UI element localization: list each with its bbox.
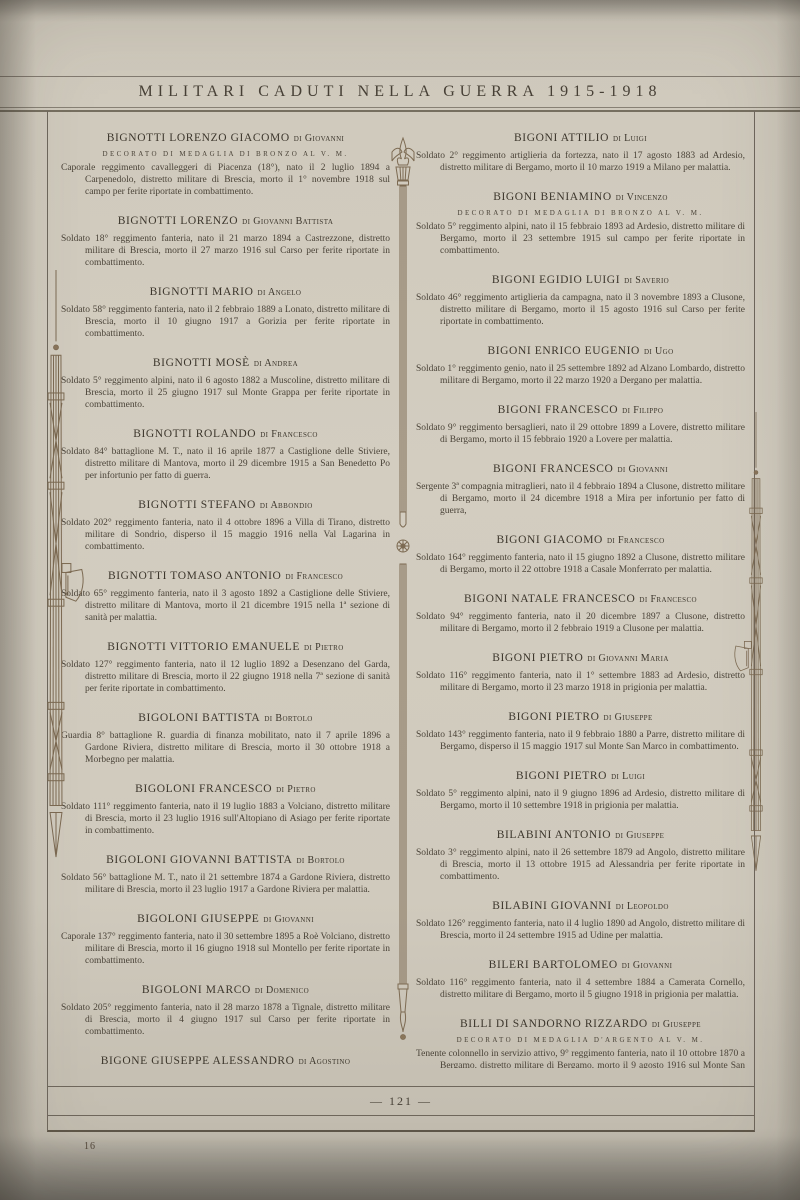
- memorial-entry: BIGONI PIETRO di Giovanni Maria Soldato …: [416, 648, 745, 694]
- entry-name-line: BIGONI NATALE FRANCESCO di Francesco: [416, 589, 745, 607]
- book-page: MILITARI CADUTI NELLA GUERRA 1915-1918 B…: [0, 0, 800, 1200]
- left-column: BIGNOTTI LORENZO GIACOMO di Giovanni DEC…: [61, 128, 390, 1068]
- entry-patronymic: di Abbondio: [260, 500, 313, 511]
- entry-name-line: BIGONI PIETRO di Giovanni Maria: [416, 648, 745, 666]
- entry-name-line: BIGNOTTI STEFANO di Abbondio: [61, 495, 390, 513]
- memorial-entry: BIGONI FRANCESCO di Giovanni Sergente 3ª…: [416, 459, 745, 517]
- entry-name-line: BIGONI PIETRO di Giuseppe: [416, 707, 745, 725]
- memorial-entry: BIGOLONI GIOVANNI BATTISTA di Bortolo So…: [61, 850, 390, 896]
- header-rule-top: [0, 76, 800, 77]
- entry-name-line: BIGONI BENIAMINO di Vincenzo: [416, 187, 745, 205]
- entry-patronymic: di Giovanni: [617, 464, 668, 475]
- entry-text: Soldato 84° battaglione M. T., nato il 1…: [61, 446, 390, 482]
- memorial-entry: BIGONI PIETRO di Luigi Soldato 5° reggim…: [416, 766, 745, 812]
- entry-patronymic: di Filippo: [622, 405, 663, 416]
- entry-text: Soldato 126° reggimento fanteria, nato i…: [416, 918, 745, 942]
- entry-name: BIGOLONI MARCO: [142, 984, 251, 996]
- entry-name-line: BIGNOTTI MARIO di Angelo: [61, 282, 390, 300]
- entry-text: Soldato 5° reggimento alpini, nato il 6 …: [61, 375, 390, 411]
- entry-name-line: BIGONI ATTILIO di Luigi: [416, 128, 745, 146]
- memorial-entry: BIGONI FRANCESCO di Filippo Soldato 9° r…: [416, 400, 745, 446]
- entry-name-line: BIGOLONI GIUSEPPE di Giovanni: [61, 909, 390, 927]
- entry-name: BIGNOTTI LORENZO: [118, 215, 238, 227]
- memorial-entry: BIGNOTTI LORENZO di Giovanni Battista So…: [61, 211, 390, 269]
- entry-text: Caporale 137° reggimento fanteria, nato …: [61, 931, 390, 967]
- signature-mark: 16: [84, 1141, 96, 1152]
- page-title: MILITARI CADUTI NELLA GUERRA 1915-1918: [0, 83, 800, 101]
- entry-patronymic: di Angelo: [258, 287, 302, 298]
- entry-name-line: BIGONI GIACOMO di Francesco: [416, 530, 745, 548]
- entry-text: Soldato 18° reggimento fanteria, nato il…: [61, 233, 390, 269]
- memorial-entry: BIGNOTTI LORENZO GIACOMO di Giovanni DEC…: [61, 128, 390, 198]
- entry-patronymic: di Andrea: [254, 358, 298, 369]
- entry-text: Soldato 202° reggimento fanteria, nato i…: [61, 517, 390, 553]
- memorial-entry: BIGONI ENRICO EUGENIO di Ugo Soldato 1° …: [416, 341, 745, 387]
- memorial-entry: BIGNOTTI STEFANO di Abbondio Soldato 202…: [61, 495, 390, 553]
- entry-text: Soldato 56° battaglione M. T., nato il 2…: [61, 872, 390, 896]
- entry-text: Soldato 143° reggimento fanteria, nato i…: [416, 729, 745, 753]
- memorial-entry: BIGNOTTI TOMASO ANTONIO di Francesco Sol…: [61, 566, 390, 624]
- entry-name-line: BILERI BARTOLOMEO di Giovanni: [416, 955, 745, 973]
- entry-patronymic: di Bortolo: [264, 713, 312, 724]
- entry-name-line: BIGNOTTI ROLANDO di Francesco: [61, 424, 390, 442]
- entry-text: Soldato 9° reggimento bersaglieri, nato …: [416, 422, 745, 446]
- entry-patronymic: di Francesco: [285, 571, 343, 582]
- entry-text: Soldato 65° reggimento fanteria, nato il…: [61, 588, 390, 624]
- entry-patronymic: di Ugo: [644, 346, 674, 357]
- entry-name-line: BIGONI ENRICO EUGENIO di Ugo: [416, 341, 745, 359]
- entry-text: Soldato 5° reggimento alpini, nato il 15…: [416, 221, 745, 257]
- entry-text: Caporale reggimento cavalleggeri di Piac…: [61, 162, 390, 198]
- memorial-entry: BILABINI ANTONIO di Giuseppe Soldato 3° …: [416, 825, 745, 883]
- entry-patronymic: di Saverio: [624, 275, 669, 286]
- entry-name: BIGONI FRANCESCO: [498, 404, 618, 416]
- entry-patronymic: di Giuseppe: [604, 712, 653, 723]
- entry-text: Soldato 116° reggimento fanteria, nato i…: [416, 670, 745, 694]
- entry-name: BIGONI EGIDIO LUIGI: [492, 274, 620, 286]
- entry-name-line: BIGONI PIETRO di Luigi: [416, 766, 745, 784]
- entry-text: Soldato 3° reggimento alpini, nato il 26…: [416, 847, 745, 883]
- entry-name: BIGNOTTI STEFANO: [138, 499, 256, 511]
- entry-name: BIGNOTTI MARIO: [150, 286, 254, 298]
- entry-name: BILABINI ANTONIO: [497, 829, 611, 841]
- entry-text: Soldato 94° reggimento fanteria, nato il…: [416, 611, 745, 635]
- memorial-entry: BIGOLONI MARCO di Domenico Soldato 205° …: [61, 980, 390, 1038]
- entry-text: Soldato 5° reggimento alpini, nato il 9 …: [416, 788, 745, 812]
- entry-columns: BIGNOTTI LORENZO GIACOMO di Giovanni DEC…: [61, 128, 745, 1068]
- entry-name: BIGNOTTI TOMASO ANTONIO: [108, 570, 282, 582]
- entry-name: BIGNOTTI ROLANDO: [133, 428, 256, 440]
- memorial-entry: BIGONI BENIAMINO di Vincenzo DECORATO DI…: [416, 187, 745, 257]
- memorial-entry: BILABINI GIOVANNI di Leopoldo Soldato 12…: [416, 896, 745, 942]
- memorial-entry: BILLI DI SANDORNO RIZZARDO di Giuseppe D…: [416, 1014, 745, 1068]
- entry-name: BIGONI BENIAMINO: [493, 191, 612, 203]
- entry-patronymic: di Giuseppe: [615, 830, 664, 841]
- entry-name-line: BIGOLONI MARCO di Domenico: [61, 980, 390, 998]
- entry-text: Soldato 46° reggimento artiglieria da ca…: [416, 292, 745, 328]
- memorial-entry: BIGNOTTI ROLANDO di Francesco Soldato 84…: [61, 424, 390, 482]
- entry-patronymic: di Francesco: [639, 594, 697, 605]
- memorial-entry: BIGNOTTI VITTORIO EMANUELE di Pietro Sol…: [61, 637, 390, 695]
- entry-text: Guardia 8° battaglione R. guardia di fin…: [61, 730, 390, 766]
- column-divider: [390, 128, 416, 1068]
- entry-patronymic: di Giuseppe: [652, 1019, 701, 1030]
- memorial-entry: BIGOLONI BATTISTA di Bortolo Guardia 8° …: [61, 708, 390, 766]
- entry-name: BILERI BARTOLOMEO: [489, 959, 618, 971]
- entry-decoration: DECORATO DI MEDAGLIA D'ARGENTO AL V. M.: [416, 1036, 745, 1044]
- torch-column-icon: [390, 132, 416, 1068]
- entry-name: BIGONE GIUSEPPE ALESSANDRO: [101, 1055, 295, 1067]
- header-rule-bottom-thin: [0, 107, 800, 108]
- memorial-entry: BIGNOTTI MARIO di Angelo Soldato 58° reg…: [61, 282, 390, 340]
- entry-name-line: BILABINI GIOVANNI di Leopoldo: [416, 896, 745, 914]
- memorial-entry: BIGONE GIUSEPPE ALESSANDRO di Agostino S…: [61, 1051, 390, 1068]
- entry-text: Sergente 3ª compagnia mitraglieri, nato …: [416, 481, 745, 517]
- entry-name: BIGOLONI BATTISTA: [138, 712, 260, 724]
- entry-name-line: BILABINI ANTONIO di Giuseppe: [416, 825, 745, 843]
- entry-text: Soldato 58° reggimento fanteria, nato il…: [61, 304, 390, 340]
- page-number-band: — 121 —: [48, 1086, 754, 1116]
- entry-patronymic: di Luigi: [613, 133, 647, 144]
- entry-text: Soldato 164° reggimento fanteria, nato i…: [416, 552, 745, 576]
- memorial-entry: BIGNOTTI MOSÈ di Andrea Soldato 5° reggi…: [61, 353, 390, 411]
- entry-text: Soldato 2° reggimento artiglieria da for…: [416, 150, 745, 174]
- entry-name-line: BIGNOTTI VITTORIO EMANUELE di Pietro: [61, 637, 390, 655]
- entry-name: BIGONI PIETRO: [492, 652, 583, 664]
- entry-name: BIGONI NATALE FRANCESCO: [464, 593, 635, 605]
- entry-name-line: BIGOLONI FRANCESCO di Pietro: [61, 779, 390, 797]
- entry-name: BIGOLONI FRANCESCO: [135, 783, 272, 795]
- entry-name: BIGONI PIETRO: [516, 770, 607, 782]
- entry-patronymic: di Vincenzo: [616, 192, 668, 203]
- entry-patronymic: di Francesco: [260, 429, 318, 440]
- memorial-entry: BIGOLONI GIUSEPPE di Giovanni Caporale 1…: [61, 909, 390, 967]
- memorial-entry: BIGONI PIETRO di Giuseppe Soldato 143° r…: [416, 707, 745, 753]
- entry-name-line: BIGONI FRANCESCO di Filippo: [416, 400, 745, 418]
- entry-patronymic: di Luigi: [611, 771, 645, 782]
- memorial-entry: BIGONI NATALE FRANCESCO di Francesco Sol…: [416, 589, 745, 635]
- entry-patronymic: di Giovanni Maria: [587, 653, 668, 664]
- entry-name-line: BIGONI EGIDIO LUIGI di Saverio: [416, 270, 745, 288]
- entry-text: Soldato 127° reggimento fanteria, nato i…: [61, 659, 390, 695]
- memorial-entry: BILERI BARTOLOMEO di Giovanni Soldato 11…: [416, 955, 745, 1001]
- entry-text: Tenente colonnello in servizio attivo, 9…: [416, 1048, 745, 1068]
- entry-name-line: BIGNOTTI LORENZO di Giovanni Battista: [61, 211, 390, 229]
- right-column: BIGONI ATTILIO di Luigi Soldato 2° reggi…: [416, 128, 745, 1068]
- entry-name: BIGONI FRANCESCO: [493, 463, 613, 475]
- entry-patronymic: di Leopoldo: [616, 901, 669, 912]
- entry-name: BIGONI ATTILIO: [514, 132, 609, 144]
- entry-patronymic: di Giovanni Battista: [242, 216, 333, 227]
- entry-name: BILLI DI SANDORNO RIZZARDO: [460, 1018, 648, 1030]
- entry-name: BIGOLONI GIUSEPPE: [137, 913, 259, 925]
- entry-patronymic: di Pietro: [304, 642, 344, 653]
- entry-text: Soldato 1° reggimento genio, nato il 25 …: [416, 363, 745, 387]
- entry-name-line: BIGNOTTI MOSÈ di Andrea: [61, 353, 390, 371]
- page-number: — 121 —: [370, 1094, 432, 1109]
- entry-name: BIGONI PIETRO: [508, 711, 599, 723]
- entry-name-line: BILLI DI SANDORNO RIZZARDO di Giuseppe: [416, 1014, 745, 1032]
- entry-patronymic: di Agostino: [299, 1056, 351, 1067]
- entry-name: BIGNOTTI LORENZO GIACOMO: [107, 132, 290, 144]
- entry-patronymic: di Giovanni: [622, 960, 673, 971]
- entry-text: Soldato 116° reggimento fanteria, nato i…: [416, 977, 745, 1001]
- entry-name: BILABINI GIOVANNI: [492, 900, 612, 912]
- memorial-entry: BIGOLONI FRANCESCO di Pietro Soldato 111…: [61, 779, 390, 837]
- entry-patronymic: di Bortolo: [296, 855, 344, 866]
- entry-decoration: DECORATO DI MEDAGLIA DI BRONZO AL V. M.: [61, 150, 390, 158]
- entry-name-line: BIGNOTTI LORENZO GIACOMO di Giovanni: [61, 128, 390, 146]
- entry-patronymic: di Pietro: [276, 784, 316, 795]
- entry-patronymic: di Giovanni: [263, 914, 314, 925]
- entry-patronymic: di Francesco: [607, 535, 665, 546]
- memorial-entry: BIGONI GIACOMO di Francesco Soldato 164°…: [416, 530, 745, 576]
- entry-patronymic: di Domenico: [255, 985, 309, 996]
- entry-text: Soldato 111° reggimento fanteria, nato i…: [61, 801, 390, 837]
- content-frame: BIGNOTTI LORENZO GIACOMO di Giovanni DEC…: [47, 111, 755, 1132]
- entry-name-line: BIGONI FRANCESCO di Giovanni: [416, 459, 745, 477]
- entry-name-line: BIGNOTTI TOMASO ANTONIO di Francesco: [61, 566, 390, 584]
- entry-name-line: BIGOLONI BATTISTA di Bortolo: [61, 708, 390, 726]
- entry-name: BIGONI GIACOMO: [496, 534, 602, 546]
- entry-patronymic: di Giovanni: [294, 133, 345, 144]
- entry-text: Soldato 205° reggimento fanteria, nato i…: [61, 1002, 390, 1038]
- memorial-entry: BIGONI ATTILIO di Luigi Soldato 2° reggi…: [416, 128, 745, 174]
- entry-name: BIGNOTTI VITTORIO EMANUELE: [107, 641, 300, 653]
- entry-name: BIGNOTTI MOSÈ: [153, 357, 250, 369]
- entry-name: BIGONI ENRICO EUGENIO: [487, 345, 640, 357]
- entry-decoration: DECORATO DI MEDAGLIA DI BRONZO AL V. M.: [416, 209, 745, 217]
- memorial-entry: BIGONI EGIDIO LUIGI di Saverio Soldato 4…: [416, 270, 745, 328]
- entry-name: BIGOLONI GIOVANNI BATTISTA: [106, 854, 292, 866]
- entry-name-line: BIGONE GIUSEPPE ALESSANDRO di Agostino: [61, 1051, 390, 1068]
- entry-name-line: BIGOLONI GIOVANNI BATTISTA di Bortolo: [61, 850, 390, 868]
